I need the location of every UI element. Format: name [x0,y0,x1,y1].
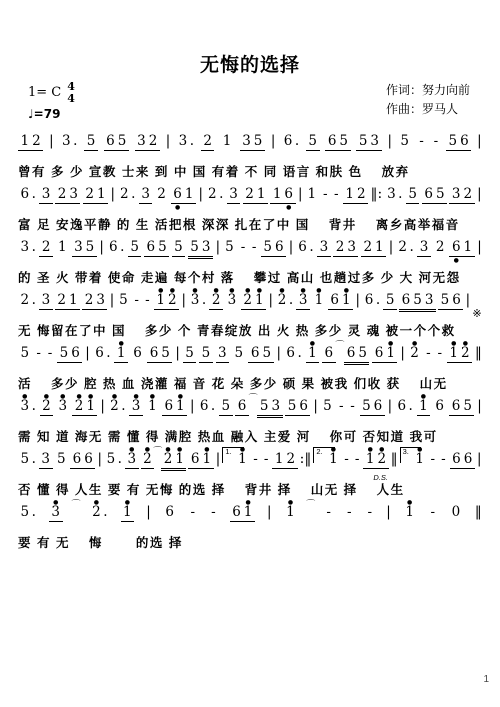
octave-dot-above: ● [204,447,209,453]
note-digit: 5 [157,240,169,256]
duration-dash: - [432,133,441,149]
note-digit: 5 [361,399,373,415]
note-digit: 2 [462,187,474,203]
duration-dash: - [239,239,248,255]
note-digit: 5 [434,187,446,203]
note-group: 21 [361,240,386,257]
final-barline: ‖ [475,504,482,520]
octave-dot-above: ● [60,394,65,400]
note-digit: 6 [423,187,435,203]
note-group: 66 [70,452,95,469]
duration-dash: - [46,345,55,361]
note-group: 3● [225,293,239,309]
duration-dash: - [321,186,330,202]
note-digit: 1● [237,452,249,468]
note-digit: 5 [129,240,141,256]
note-digit: 2 [84,187,96,203]
note-digit: 3 [369,134,381,150]
credits: 作词：努力向前 作曲：罗马人 [386,81,470,118]
note-group: 1 [305,187,319,203]
note-digit: 2● [409,346,421,362]
duration-dash: - [132,292,141,308]
note-digit: 3● [50,505,62,521]
note-digit: 1 [95,187,107,203]
note-group: 6●1 [171,187,196,204]
barline: | [276,345,281,361]
notation-line: 2.32123|5--1●2●|3●.2●3●2●1●|2●.3●1●61●|6… [16,292,484,319]
note-group: 1 [55,240,69,256]
note-digit: 6 [363,293,375,309]
barline: | [477,239,482,255]
augmentation-dot: . [31,293,36,309]
barline: | [181,292,186,308]
note-digit: 6 [450,399,462,415]
note-digit: 3 [40,293,52,309]
octave-dot-above: ● [192,288,197,294]
note-digit: 2 [355,187,367,203]
note-group: 1● [417,399,431,416]
note-group: 2. [18,293,37,309]
duration-dash: - [348,398,357,414]
augmentation-dot: . [31,399,36,415]
note-digit: 1 [183,187,195,203]
note-group: 3. [60,134,79,150]
barline: | [477,186,482,202]
note-digit: 3● [297,293,309,309]
note-digit: 1● [115,346,127,362]
note-digit: 5 [262,240,274,256]
note-digit: 6 [198,399,210,415]
note-digit: 6 [163,399,175,415]
note-group: 65 [449,399,474,416]
note-digit: 6 [132,346,144,362]
note-group: 5 [183,346,197,363]
note-digit: 3● [126,452,138,468]
note-digit: 5 [384,293,396,309]
barline: | [97,451,102,467]
augmentation-dot: . [397,187,402,203]
note-digit: 6 [107,240,119,256]
octave-dot-above: ● [245,288,250,294]
note-group: 6. [18,187,37,203]
note-digit: 6 [400,293,412,309]
note-digit: 2 [156,187,168,203]
note-digit: 3● [57,399,69,415]
note-group: 3● [56,399,70,415]
note-group: 1●2● [154,293,179,310]
note-digit: 1● [364,452,376,468]
note-digit: 6 [297,240,309,256]
octave-dot-below: ● [175,205,180,211]
note-digit: 6 [451,293,463,309]
lyrics-line: 富 足 安逸平静 的 生 活把根 深深 扎在了中 国 背井 离乡高举福音 [16,215,484,232]
note-digit: 6 [326,134,338,150]
note-digit: 5 [439,293,451,309]
augmentation-dot: . [308,240,313,256]
note-group: 6 [131,346,145,362]
note-group: 21 [243,187,268,204]
note-digit: 5 [307,134,319,150]
note-group: 65 [144,240,169,257]
note-digit: 2● [376,452,388,468]
barline: | [387,398,392,414]
note-digit: 1● [147,399,159,415]
note-digit: 3 [270,399,282,415]
augmentation-dot: . [130,187,135,203]
note-digit: 2 [119,187,131,203]
octave-dot-above: ● [229,288,234,294]
note-group: 32 [135,134,160,151]
augmentation-dot: . [296,346,301,362]
barline: | [267,504,272,520]
note-digit: 5 [58,346,70,362]
tie-arc: ⌒ [306,497,315,510]
duration-dash: - [251,451,260,467]
note-digit: 1● [328,452,340,468]
note-group: 1● [146,399,160,415]
octave-dot-above: ● [170,288,175,294]
note-digit: 2 [202,134,214,150]
note-digit: 3 [418,240,430,256]
note-group: 56 [438,293,463,310]
augmentation-dot: . [105,346,110,362]
note-group: 3 [317,240,331,257]
note-digit: 5 [220,399,232,415]
note-group: 5 [383,293,397,310]
octave-dot-above: ● [53,500,58,506]
tie-arc: ⌒ [249,391,258,404]
octave-dot-above: ● [125,500,130,506]
note-group: 56 [360,399,385,416]
note-digit: 2● [109,399,121,415]
note-group: 2●. [275,293,294,309]
note-digit: 1● [201,452,213,468]
augmentation-dot: . [117,452,122,468]
note-group: 2●. [108,399,127,415]
note-digit: 5 [19,505,31,521]
duration-dash: - [34,345,43,361]
barline: | [387,133,392,149]
octave-dot-above: ● [407,500,412,506]
octave-dot-above: ● [76,394,81,400]
notation-line: 6.32321|2.326●1|2.32116●|1--12‖:3.56532| [16,186,484,213]
note-digit: 1● [174,452,186,468]
note-digit: 6 [372,399,384,415]
note-digit: 3 [450,187,462,203]
duration-dash: - [337,398,346,414]
octave-dot-above: ● [165,447,170,453]
notation-line: 3●.2●3●2●1●|2●.3●1●61●|6.56⌒5356|5--56|6… [16,398,484,425]
augmentation-dot: . [31,187,36,203]
note-digit: 6 [164,505,176,521]
note-group: 56 [57,346,82,363]
note-group: 6. [281,134,300,150]
time-signature: 4 4 [67,81,75,104]
note-digit: 1 [255,187,267,203]
note-digit: 3 [136,134,148,150]
note-digit: 5 [261,346,273,362]
note-digit: 6● [172,187,184,203]
note-digit: 2 [40,240,52,256]
note-digit: 6 [249,346,261,362]
note-digit: 5 [56,452,68,468]
note-group: 1 [220,134,234,150]
note-digit: 0 [450,505,462,521]
note-digit: 5 [105,452,117,468]
barline: | [100,398,105,414]
note-digit: 3 [217,346,229,362]
barline: | [466,292,471,308]
octave-dot-above: ● [158,288,163,294]
score: 12|3.56532|3.2135|6.56553|5--56|曾有 多 少 宣… [0,121,500,550]
sheet-music-page: 无悔的选择 1= C 4 4 ♩=79 作词：努力向前 作曲：罗马人 12|3.… [0,0,500,707]
note-digit: 5 [252,134,264,150]
note-group: 21 [83,187,108,204]
note-group: 35 [72,240,97,257]
note-digit: 2● [167,293,179,309]
note-group: 16● [270,187,295,204]
barline: | [477,398,482,414]
note-group: 3● [296,293,310,310]
octave-dot-below: ● [454,258,459,264]
note-digit: 5 [19,452,31,468]
final-barline: ‖ [391,451,398,467]
note-digit: 2 [434,240,446,256]
note-group: 5 [321,399,335,415]
duration-dash: - [353,451,362,467]
note-digit: 6 [189,452,201,468]
note-digit: 2 [56,187,68,203]
note-group: 1● [306,346,320,363]
duration-dash: - [429,451,438,467]
note-digit: 5 [258,399,270,415]
note-group: 3. [176,134,195,150]
notation-line: 3.2135|6.565553|5--56|6.32321|2.326●1| [16,239,484,266]
note-group: 66 [450,452,475,469]
note-group: 65 [344,346,369,365]
note-digit: 6 [323,346,335,362]
note-digit: 3● [226,293,238,309]
note-group: 12 [343,187,368,204]
system: 5.3566|5.3●2●⌒2●1●61●|1.1●--12:‖2.1●--1●… [16,451,484,497]
note-group: 61● [372,346,397,363]
note-group: 2●1● [241,293,266,310]
octave-dot-above: ● [421,394,426,400]
note-group: 65 [325,134,350,151]
note-digit: 1● [313,293,325,309]
note-digit: 5 [116,134,128,150]
note-group: 6. [296,240,315,256]
song-title: 无悔的选择 [0,0,500,77]
note-digit: 3 [68,187,80,203]
octave-dot-above: ● [316,288,321,294]
note-digit: 2 [244,187,256,203]
octave-dot-above: ● [310,341,315,347]
note-digit: 2 [56,293,68,309]
note-group: 5 [84,134,98,151]
note-digit: 3● [189,293,201,309]
note-group: 5 [172,240,186,257]
note-digit: 6 [462,452,474,468]
note-digit: 6 [329,293,341,309]
note-group: 61● [230,505,255,522]
note-group: 2● [40,399,54,416]
note-digit: 2● [162,452,174,468]
note-digit: 3● [130,399,142,415]
note-digit: 5 [357,134,369,150]
augmentation-dot: . [120,399,125,415]
barline: | [190,398,195,414]
note-group: 5 [55,452,69,468]
note-digit: 5 [85,134,97,150]
octave-dot-above: ● [301,288,306,294]
note-digit: 1● [385,346,397,362]
notation-line: 5.3●⌒2●.1●|6--61●|1●⌒---|1●-0‖ [16,504,484,531]
note-digit: 6 [70,346,82,362]
note-group: 6. [106,240,125,256]
duration-dash: - [439,451,448,467]
system: 3●.2●3●2●1●|2●.3●1●61●|6.56⌒5356|5--56|6… [16,398,484,444]
note-digit: 2● [276,293,288,309]
segno-icon: ※ [472,307,481,320]
note-group: 5 [199,346,213,363]
barline: | [477,451,482,467]
note-digit: 2● [460,346,472,362]
note-digit: 6 [396,399,408,415]
note-group: 5 [128,240,142,257]
note-digit: 6 [345,346,357,362]
note-digit: 5 [407,187,419,203]
note-group: 5 [306,134,320,151]
key-signature: 1= C [28,85,61,100]
octave-dot-above: ● [44,394,49,400]
octave-dot-above: ● [388,341,393,347]
duration-dash: - [345,504,354,520]
barline: | [99,239,104,255]
note-digit: 5 [173,240,185,256]
system: 5--56|6.1●665|553565|6.1●6⌒6561●|2●--1●2… [16,345,484,391]
note-group: 0 [449,505,463,521]
note-group: 6. [93,346,112,362]
octave-dot-above: ● [379,447,384,453]
note-digit: 1 [273,452,285,468]
note-group: 3● [129,399,143,416]
note-group: 2 [155,187,169,203]
octave-dot-above: ● [245,500,250,506]
repeat-end: :‖ [300,451,312,467]
note-digit: 6 [71,452,83,468]
note-group: 3● [49,505,63,522]
tie-arc: ⌒ [72,497,81,510]
note-digit: 3 [140,187,152,203]
note-group: 6. [362,293,381,309]
note-digit: 6 [285,346,297,362]
note-digit: 3 [318,240,330,256]
note-digit: 6 [231,505,243,521]
note-group: 35 [240,134,265,151]
note-digit: 3 [386,187,398,203]
note-group: 1● [114,346,128,363]
note-group: 53 [188,240,213,259]
augmentation-dot: . [288,293,293,309]
note-group: 5 [223,240,237,256]
note-digit: 5 [84,240,96,256]
octave-dot-below: ● [286,205,291,211]
note-group: 6 [322,346,336,363]
note-group: 5 [117,293,131,309]
note-digit: 6 [451,452,463,468]
note-group: 23 [82,293,107,310]
note-group: 6●1 [449,240,474,257]
note-group: 1● [403,505,417,521]
note-group: 65 [248,346,273,363]
barline: | [175,345,180,361]
note-group: 2. [205,187,224,203]
note-group: 1● [284,505,298,521]
note-group: 65 [104,134,129,151]
note-digit: 5 [412,293,424,309]
octave-dot-above: ● [288,500,293,506]
barline: | [477,133,482,149]
final-barline: ‖ [475,345,482,361]
notation-line: 5.3566|5.3●2●⌒2●1●61●|1.1●--12:‖2.1●--1●… [16,451,484,478]
note-group: 1● [121,505,135,522]
note-group: 2●1● [72,399,97,416]
duration-dash: - [429,504,438,520]
note-digit: 3 [40,187,52,203]
note-digit: 5 [462,399,474,415]
note-group: 61● [188,452,213,469]
barline: | [146,504,151,520]
note-group: 6. [395,399,414,415]
note-digit: 5 [200,346,212,362]
augmentation-dot: . [408,399,413,415]
note-digit: 6 [282,134,294,150]
note-digit: 5 [286,399,298,415]
note-group: 23 [333,240,358,257]
duration-dash: - [342,451,351,467]
lyrics-line: 活 多少 腔 热 血 浇灌 福 音 花 朵 多少 硕 果 被我 们收 获 山无 [16,374,484,391]
note-digit: 1 [221,134,233,150]
note-digit: 3 [19,240,31,256]
note-group: 56 [285,399,310,416]
octave-dot-above: ● [145,447,150,453]
octave-dot-above: ● [177,447,182,453]
duration-dash: - [417,133,426,149]
augmentation-dot: . [31,505,36,521]
barline: | [198,186,203,202]
note-digit: 1● [285,505,297,521]
octave-dot-above: ● [451,341,456,347]
octave-dot-above: ● [214,288,219,294]
note-digit: 2 [362,240,374,256]
composer-credit: 作曲：罗马人 [386,100,470,119]
barline: | [166,133,171,149]
note-digit: 2● [91,505,103,521]
duration-dash: - [332,186,341,202]
lyrics-line: 否 懂 得 人生 要 有 无悔 的选 择 背井 择 山无 择 人生D.S. [16,480,484,497]
octave-dot-above: ● [331,447,336,453]
augmentation-dot: . [189,134,194,150]
note-group: 56 [261,240,286,257]
note-group: 2● [141,452,155,469]
note-digit: 6 [145,240,157,256]
duration-dash: - [424,345,433,361]
note-digit: 3 [40,452,52,468]
note-group: 5 [18,346,32,362]
note-digit: 5 [160,346,172,362]
duration-dash: - [143,292,152,308]
